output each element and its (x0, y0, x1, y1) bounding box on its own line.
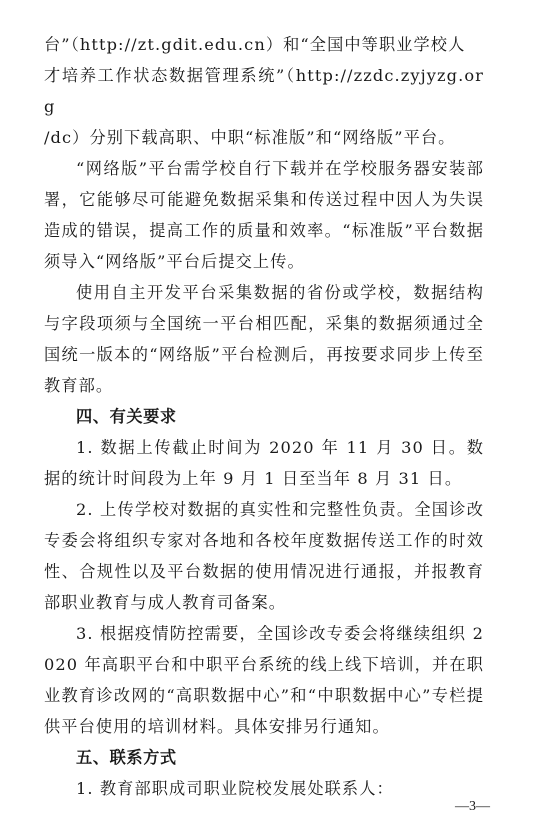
section-heading-requirements: 四、有关要求 (44, 401, 484, 432)
line-3: /dc）分别下载高职、中职“标准版”和“网络版”平台。 (44, 128, 455, 147)
requirement-item-3: 3. 根据疫情防控需要，全国诊改专委会将继续组织 2020 年高职平台和中职平台… (44, 618, 484, 742)
page-number: —3— (455, 799, 490, 815)
section-heading-contact: 五、联系方式 (44, 742, 484, 773)
paragraph-network-version: “网络版”平台需学校自行下载并在学校服务器安装部署，它能够尽可能避免数据采集和传… (44, 153, 484, 277)
line-1: 台”（http://zt.gdit.edu.cn）和“全国中等职业学校人 (44, 35, 465, 54)
document-page: 台”（http://zt.gdit.edu.cn）和“全国中等职业学校人 才培养… (44, 29, 484, 804)
requirement-item-2: 2. 上传学校对数据的真实性和完整性负责。全国诊改专委会将组织专家对各地和各校年… (44, 494, 484, 618)
line-2: 才培养工作状态数据管理系统”（http://zzdc.zyjyzg.org (44, 66, 484, 116)
paragraph-self-developed: 使用自主开发平台采集数据的省份或学校，数据结构与字段项须与全国统一平台相匹配，采… (44, 277, 484, 401)
requirement-item-1: 1. 数据上传截止时间为 2020 年 11 月 30 日。数据的统计时间段为上… (44, 432, 484, 494)
paragraph-download-links: 台”（http://zt.gdit.edu.cn）和“全国中等职业学校人 才培养… (44, 29, 484, 153)
contact-item-1: 1. 教育部职成司职业院校发展处联系人： (44, 773, 484, 804)
